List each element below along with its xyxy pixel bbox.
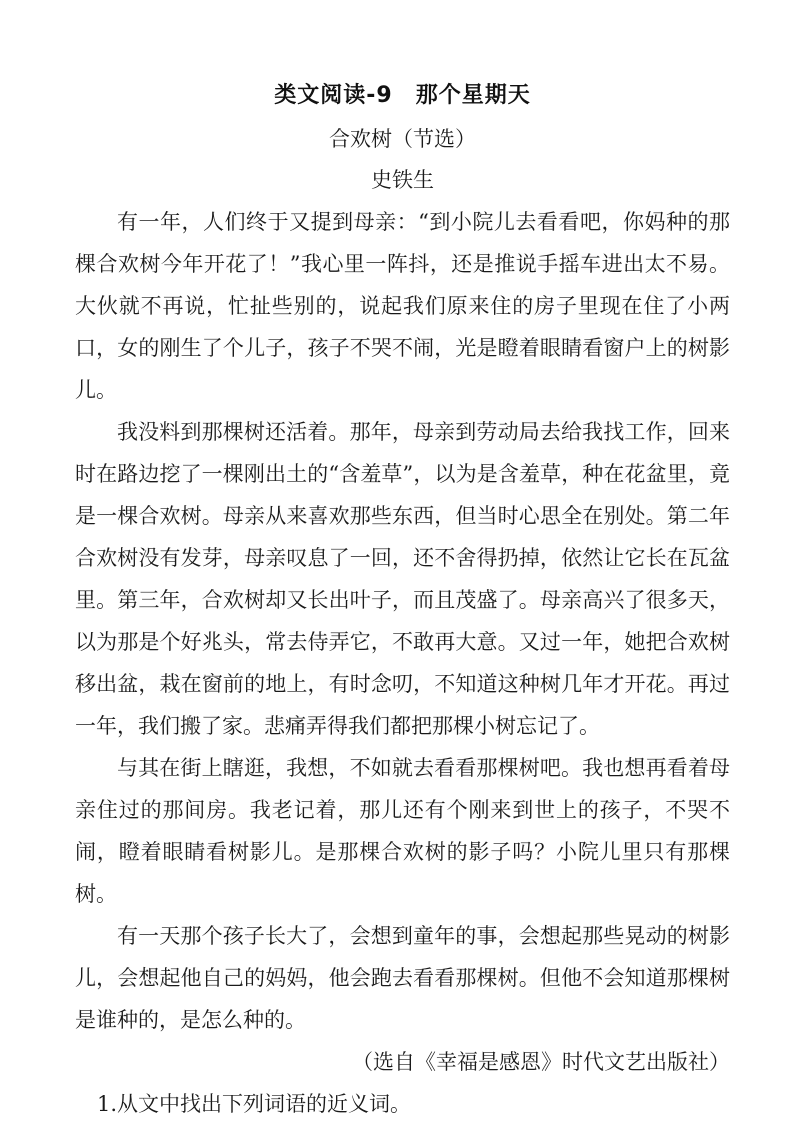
- question-item-1: 1.从文中找出下列词语的近义词。: [75, 1083, 730, 1122]
- article-paragraph-4: 有一天那个孩子长大了，会想到童年的事，会想起那些晃动的树影儿，会想起他自己的妈妈…: [75, 915, 730, 1041]
- page-title: 类文阅读-9 那个星期天: [75, 84, 730, 108]
- document-page: 类文阅读-9 那个星期天 合欢树（节选） 史铁生 有一年，人们终于又提到母亲：“…: [0, 0, 793, 1122]
- article-paragraph-1: 有一年，人们终于又提到母亲：“到小院儿去看看吧，你妈种的那棵合欢树今年开花了！”…: [75, 201, 730, 411]
- article-title: 合欢树（节选）: [75, 128, 730, 150]
- source-attribution: （选自《幸福是感恩》时代文艺出版社）: [75, 1041, 730, 1083]
- article-paragraph-2: 我没料到那棵树还活着。那年，母亲到劳动局去给我找工作，回来时在路边挖了一棵刚出土…: [75, 411, 730, 747]
- article-body: 有一年，人们终于又提到母亲：“到小院儿去看看吧，你妈种的那棵合欢树今年开花了！”…: [75, 201, 730, 1083]
- article-paragraph-3: 与其在街上瞎逛，我想，不如就去看看那棵树吧。我也想再看着母亲住过的那间房。我老记…: [75, 747, 730, 915]
- author-name: 史铁生: [75, 169, 730, 191]
